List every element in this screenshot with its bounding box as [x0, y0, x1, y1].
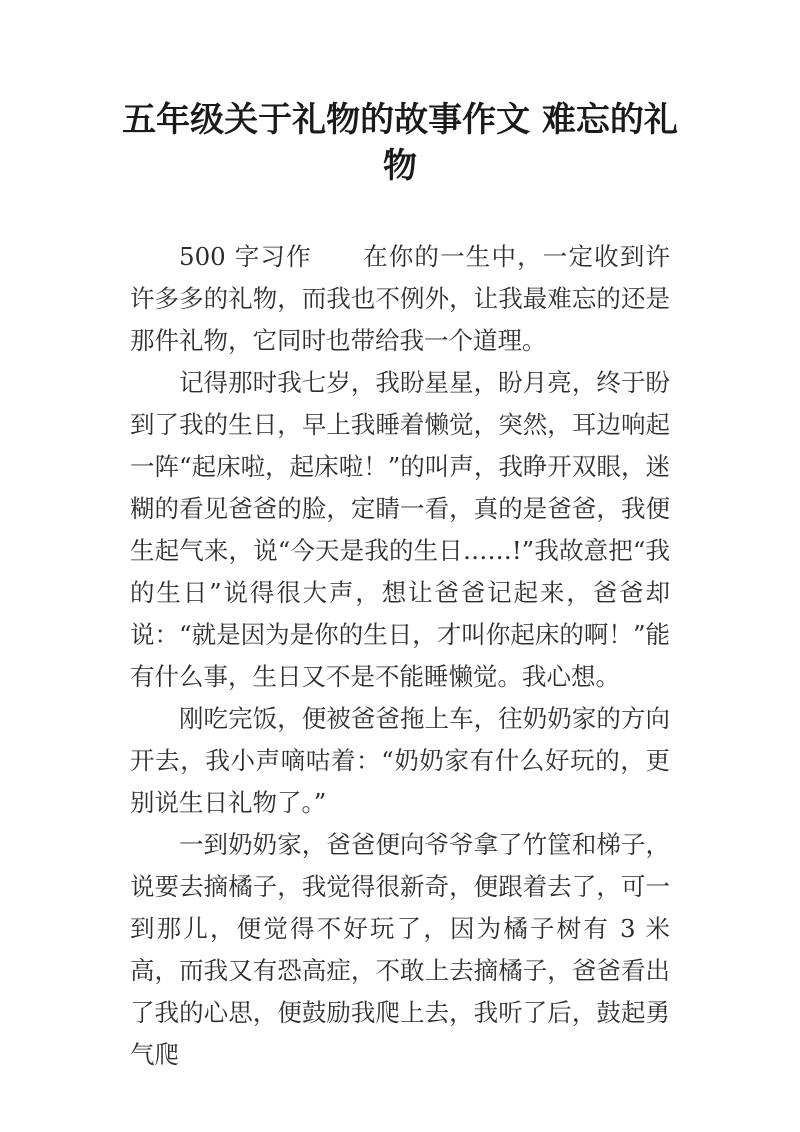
- document-title: 五年级关于礼物的故事作文 难忘的礼 物: [0, 0, 800, 189]
- document-page: 五年级关于礼物的故事作文 难忘的礼 物 500 字习作 在你的一生中，一定收到许…: [0, 0, 800, 1132]
- paragraph-3: 刚吃完饭，便被爸爸拖上车，往奶奶家的方向开去，我小声嘀咕着：“奶奶家有什么好玩的…: [130, 698, 670, 824]
- title-line-2: 物: [0, 143, 800, 189]
- title-line-1: 五年级关于礼物的故事作文 难忘的礼: [0, 97, 800, 143]
- paragraph-4: 一到奶奶家，爸爸便向爷爷拿了竹筐和梯子，说要去摘橘子，我觉得很新奇，便跟着去了，…: [130, 824, 670, 1076]
- paragraph-1: 500 字习作 在你的一生中，一定收到许许多多的礼物，而我也不例外，让我最难忘的…: [130, 236, 670, 362]
- document-body: 500 字习作 在你的一生中，一定收到许许多多的礼物，而我也不例外，让我最难忘的…: [130, 236, 670, 1076]
- paragraph-2: 记得那时我七岁，我盼星星，盼月亮，终于盼到了我的生日，早上我睡着懒觉，突然，耳边…: [130, 362, 670, 698]
